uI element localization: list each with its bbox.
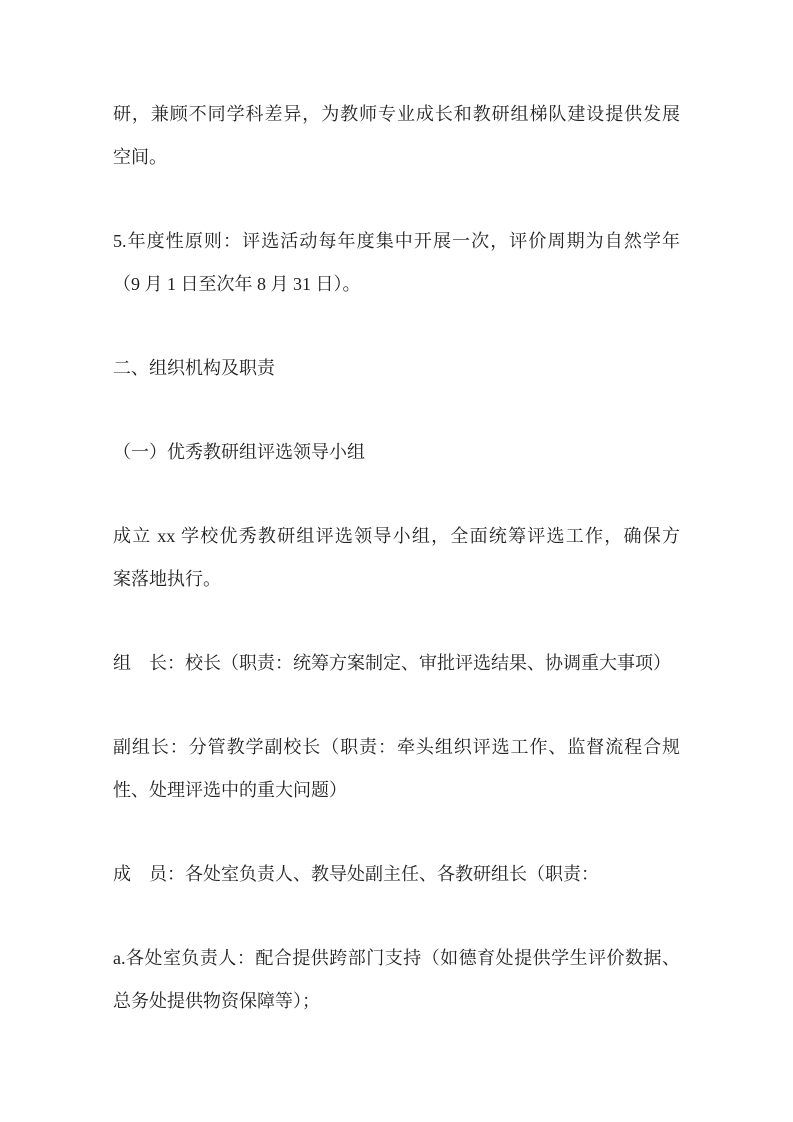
para-continuation-development-space: 研，兼顾不同学科差异，为教师专业成长和教研组梯队建设提供发展空间。 (113, 93, 680, 179)
text-line: 二、组织机构及职责 (113, 347, 680, 390)
text-line: 性、处理评选中的重大问题） (113, 769, 680, 812)
heading-section-2-organization: 二、组织机构及职责 (113, 347, 680, 390)
text-line: a.各处室负责人：配合提供跨部门支持（如德育处提供学生评价数据、 (113, 937, 680, 980)
text-line: （一）优秀教研组评选领导小组 (113, 431, 680, 474)
text-line: 研，兼顾不同学科差异，为教师专业成长和教研组梯队建设提供发展 (113, 93, 680, 136)
para-group-leader: 组 长：校长（职责：统筹方案制定、审批评选结果、协调重大事项） (113, 642, 680, 685)
text-line: 空间。 (113, 136, 680, 179)
text-line: 总务处提供物资保障等）； (113, 980, 680, 1023)
text-line: 成立 xx 学校优秀教研组评选领导小组，全面统筹评选工作，确保方 (113, 515, 680, 558)
text-line: 成 员：各处室负责人、教导处副主任、各教研组长（职责： (113, 853, 680, 896)
para-principle-5-annual: 5.年度性原则：评选活动每年度集中开展一次，评价周期为自然学年（9 月 1 日至… (113, 220, 680, 306)
heading-subsection-1-leading-group: （一）优秀教研组评选领导小组 (113, 431, 680, 474)
para-establish-leading-group: 成立 xx 学校优秀教研组评选领导小组，全面统筹评选工作，确保方案落地执行。 (113, 515, 680, 601)
text-line: 组 长：校长（职责：统筹方案制定、审批评选结果、协调重大事项） (113, 642, 680, 685)
text-line: 5.年度性原则：评选活动每年度集中开展一次，评价周期为自然学年 (113, 220, 680, 263)
para-members: 成 员：各处室负责人、教导处副主任、各教研组长（职责： (113, 853, 680, 896)
text-line: （9 月 1 日至次年 8 月 31 日）。 (113, 263, 680, 306)
document-page: 研，兼顾不同学科差异，为教师专业成长和教研组梯队建设提供发展空间。5.年度性原则… (0, 0, 793, 1122)
text-line: 案落地执行。 (113, 558, 680, 601)
para-deputy-leader: 副组长：分管教学副校长（职责：牵头组织评选工作、监督流程合规性、处理评选中的重大… (113, 726, 680, 812)
para-member-duty-a: a.各处室负责人：配合提供跨部门支持（如德育处提供学生评价数据、总务处提供物资保… (113, 937, 680, 1023)
document-body: 研，兼顾不同学科差异，为教师专业成长和教研组梯队建设提供发展空间。5.年度性原则… (113, 93, 680, 1023)
text-line: 副组长：分管教学副校长（职责：牵头组织评选工作、监督流程合规 (113, 726, 680, 769)
